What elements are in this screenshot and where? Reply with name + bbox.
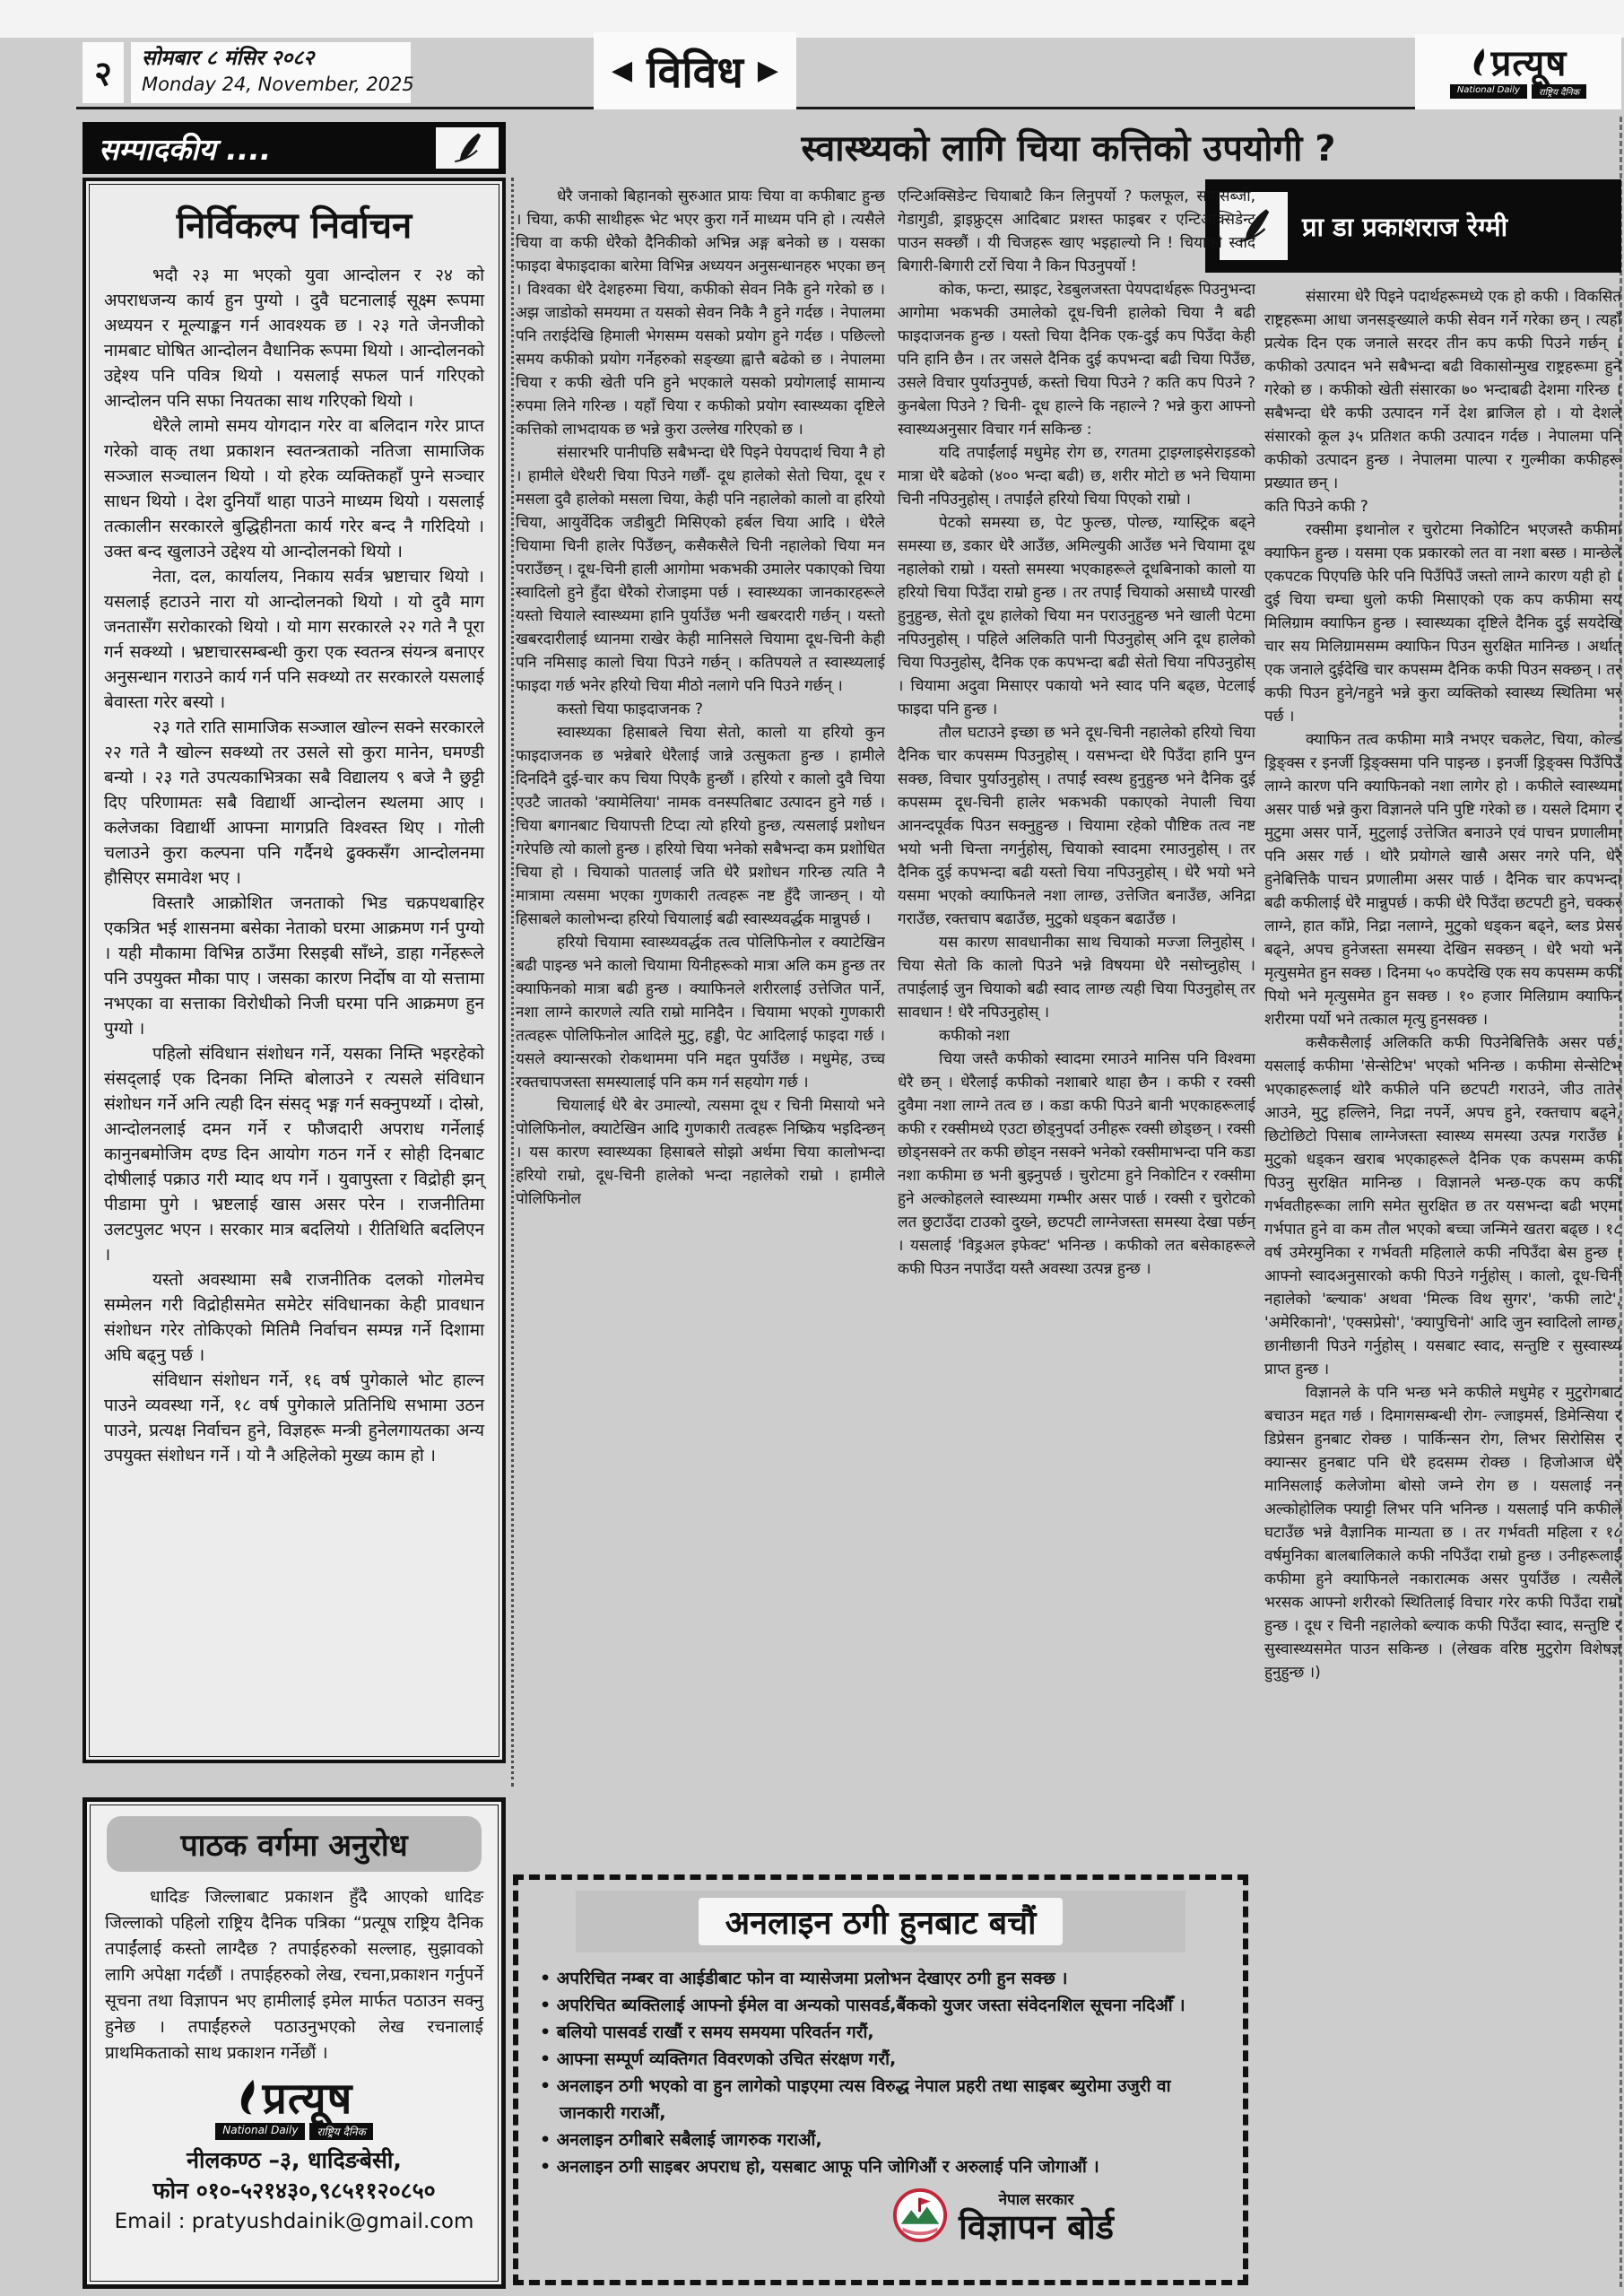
fraud-tip: अनलाइन ठगीबारे सबैलाई जागरुक गराऔं, [540, 2126, 1221, 2153]
logo-name: प्रत्यूष [263, 2077, 353, 2120]
fraud-tip: आफ्ना सम्पूर्ण व्यक्तिगत विवरणको उचित सं… [540, 2046, 1221, 2073]
column-separator [511, 178, 514, 1787]
flame-icon [236, 2077, 261, 2120]
article-paragraph: हरियो चियामा स्वास्थ्यवर्द्धक तत्व पोलिफ… [516, 931, 885, 1094]
board-label: विज्ञापन बोर्ड [959, 2209, 1114, 2247]
publisher-phone: फोन ०१०-५२१४३०,९८५११२०८५० [105, 2176, 483, 2206]
header-rule [76, 107, 1620, 109]
article-paragraph: संसारभरि पानीपछि सबैभन्दा धेरै पिइने पेय… [516, 441, 885, 698]
logo-subtitle-np: राष्ट्रिय दैनिक [1532, 84, 1586, 99]
fraud-awareness-box: अनलाइन ठगी हुनबाट बचौं अपरिचित नम्बर वा … [513, 1874, 1248, 2285]
article-paragraph: क्याफिन तत्व कफीमा मात्रै नभएर चकलेट, चि… [1264, 728, 1621, 1031]
article-column-3: संसारमा धेरै पिइने पदार्थहरूमध्ये एक हो … [1264, 285, 1621, 2285]
editorial-paragraph: विस्तारै आक्रोशित जनताको भिड चक्रपथबाहिर… [104, 891, 484, 1041]
editorial-paragraph: भदौ २३ मा भएको युवा आन्दोलन र २४ को अपरा… [104, 263, 484, 413]
publisher-address: नीलकण्ठ –३, धादिङबेसी, [105, 2145, 483, 2176]
section-header: ◀ विविध ▶ [594, 32, 796, 109]
right-arrow-icon: ▶ [758, 57, 778, 84]
logo-subtitle-en: National Daily [1450, 84, 1527, 99]
article-paragraph: धेरै जनाको बिहानको सुरुआत प्रायः चिया वा… [516, 185, 885, 441]
fraud-tip: अपरिचित नम्बर वा आईडीबाट फोन वा म्यासेजम… [540, 1965, 1221, 1992]
article-paragraph: कस्तो चिया फाइदाजनक ? [516, 698, 885, 721]
fraud-tip: अपरिचित ब्यक्तिलाई आफ्नो ईमेल वा अन्यको … [540, 1992, 1221, 2019]
reader-request-box: पाठक वर्गमा अनुरोध धादिङ जिल्लाबाट प्रका… [83, 1797, 506, 2289]
logo-subtitle-en: National Daily [215, 2123, 305, 2140]
logo-name: प्रत्यूष [1491, 46, 1568, 82]
masthead-logo: प्रत्यूष National Daily राष्ट्रिय दैनिक [1415, 34, 1621, 109]
article-paragraph: कफीको नशा [898, 1024, 1255, 1048]
article-paragraph: चिया जस्तै कफीको स्वादमा रमाउने मानिस पन… [898, 1048, 1255, 1281]
editorial-paragraph: २३ गते राति सामाजिक सञ्जाल खोल्न सक्ने स… [104, 715, 484, 891]
section-title: विविध [647, 42, 743, 100]
editorial-paragraph: नेता, दल, कार्यालय, निकाय सर्वत्र भ्रष्ट… [104, 564, 484, 715]
government-label: नेपाल सरकार [999, 2188, 1074, 2209]
newspaper-page: २ सोमबार ८ मंसिर २०८२ Monday 24, Novembe… [0, 0, 1624, 2296]
pen-icon [436, 127, 499, 169]
editorial-paragraph: धेरैले लामो समय योगदान गरेर वा बलिदान गर… [104, 413, 484, 564]
article-paragraph: चियालाई धेरै बेर उमाल्यो, त्यसमा दूध र च… [516, 1094, 885, 1211]
fraud-title-bar: अनलाइन ठगी हुनबाट बचौं [576, 1891, 1185, 1952]
reader-request-title: पाठक वर्गमा अनुरोध [107, 1816, 482, 1872]
editorial-box: निर्विकल्प निर्वाचन भदौ २३ मा भएको युवा … [83, 178, 506, 1763]
article-paragraph: कोक, फन्टा, स्प्राइट, रेडबुलजस्ता पेयपदा… [898, 278, 1255, 441]
article-paragraph: रक्सीमा इथानोल र चुरोटमा निकोटिन भएजस्तै… [1264, 518, 1621, 728]
article-paragraph: तौल घटाउने इच्छा छ भने दूध-चिनी नहालेको … [898, 721, 1255, 931]
logo-subtitle-np: राष्ट्रिय दैनिक [309, 2123, 372, 2140]
fraud-tip: अनलाइन ठगी भएको वा हुन लागेको पाइएमा त्य… [540, 2073, 1221, 2126]
article-paragraph: विज्ञानले के पनि भन्छ भने कफीले मधुमेह र… [1264, 1381, 1621, 1684]
advertisement-board-signature: नेपाल सरकार विज्ञापन बोर्ड [540, 2187, 1221, 2247]
newspaper-logo: प्रत्यूष National Daily राष्ट्रिय दैनिक [105, 2077, 483, 2140]
editorial-label: सम्पादकीय .... [99, 128, 271, 169]
article-paragraph: कसैकसैलाई अलिकति कफी पिउनेबित्तिकै असर प… [1264, 1031, 1621, 1381]
nepal-government-emblem-icon [892, 2187, 948, 2247]
article-paragraph: स्वास्थ्यका हिसाबले चिया सेतो, कालो या ह… [516, 721, 885, 931]
article-paragraph: कति पिउने कफी ? [1264, 495, 1621, 518]
flame-icon [1470, 46, 1489, 82]
article-column-2: एन्टिअक्सिडेन्ट चियाबाटै किन लिनुपर्यो ?… [898, 185, 1255, 1865]
publisher-email: Email : pratyushdainik@gmail.com [105, 2206, 483, 2237]
editorial-title: निर्विकल्प निर्वाचन [104, 199, 484, 248]
editorial-paragraph: यस्तो अवस्थामा सबै राजनीतिक दलको गोलमेच … [104, 1267, 484, 1368]
article-paragraph: एन्टिअक्सिडेन्ट चियाबाटै किन लिनुपर्यो ?… [898, 185, 1255, 278]
fraud-tip: बलियो पासवर्ड राखौं र समय समयमा परिवर्तन… [540, 2019, 1221, 2046]
article-paragraph: यस कारण सावधानीका साथ चियाको मज्जा लिनुह… [898, 931, 1255, 1024]
date-nepali: सोमबार ८ मंसिर २०८२ [142, 45, 400, 73]
fraud-tip: अनलाइन ठगी साइबर अपराध हो, यसबाट आफू पनि… [540, 2153, 1221, 2180]
fraud-tips-list: अपरिचित नम्बर वा आईडीबाट फोन वा म्यासेजम… [540, 1965, 1221, 2180]
author-byline-box: प्रा डा प्रकाशराज रेग्मी [1205, 179, 1621, 273]
editorial-paragraph: संविधान संशोधन गर्ने, १६ वर्ष पुगेकाले भ… [104, 1368, 484, 1468]
author-name: प्रा डा प्रकाशराज रेग्मी [1302, 209, 1507, 244]
editorial-paragraph: पहिलो संविधान संशोधन गर्ने, यसका निम्ति … [104, 1041, 484, 1267]
editorial-label-bar: सम्पादकीय .... [83, 122, 506, 174]
article-paragraph: पेटको समस्या छ, पेट फुल्छ, पोल्छ, ग्यास्… [898, 511, 1255, 721]
date-box: सोमबार ८ मंसिर २०८२ Monday 24, November,… [131, 42, 411, 103]
left-arrow-icon: ◀ [612, 57, 632, 84]
reader-request-body: धादिङ जिल्लाबाट प्रकाशन हुँदै आएको धादिङ… [105, 1884, 483, 2066]
page-number: २ [83, 42, 124, 103]
article-paragraph: संसारमा धेरै पिइने पदार्थहरूमध्ये एक हो … [1264, 285, 1621, 495]
article-title: स्वास्थ्यको लागि चिया कत्तिको उपयोगी ? [516, 122, 1621, 171]
page-top-margin [0, 0, 1624, 38]
article-paragraph: यदि तपाईंलाई मधुमेह रोग छ, रगतमा ट्राइग्… [898, 441, 1255, 511]
editorial-body: भदौ २३ मा भएको युवा आन्दोलन र २४ को अपरा… [104, 263, 484, 1468]
article-column-1: धेरै जनाको बिहानको सुरुआत प्रायः चिया वा… [516, 185, 885, 1865]
fraud-title: अनलाइन ठगी हुनबाट बचौं [699, 1898, 1064, 1945]
date-english: Monday 24, November, 2025 [142, 73, 400, 97]
